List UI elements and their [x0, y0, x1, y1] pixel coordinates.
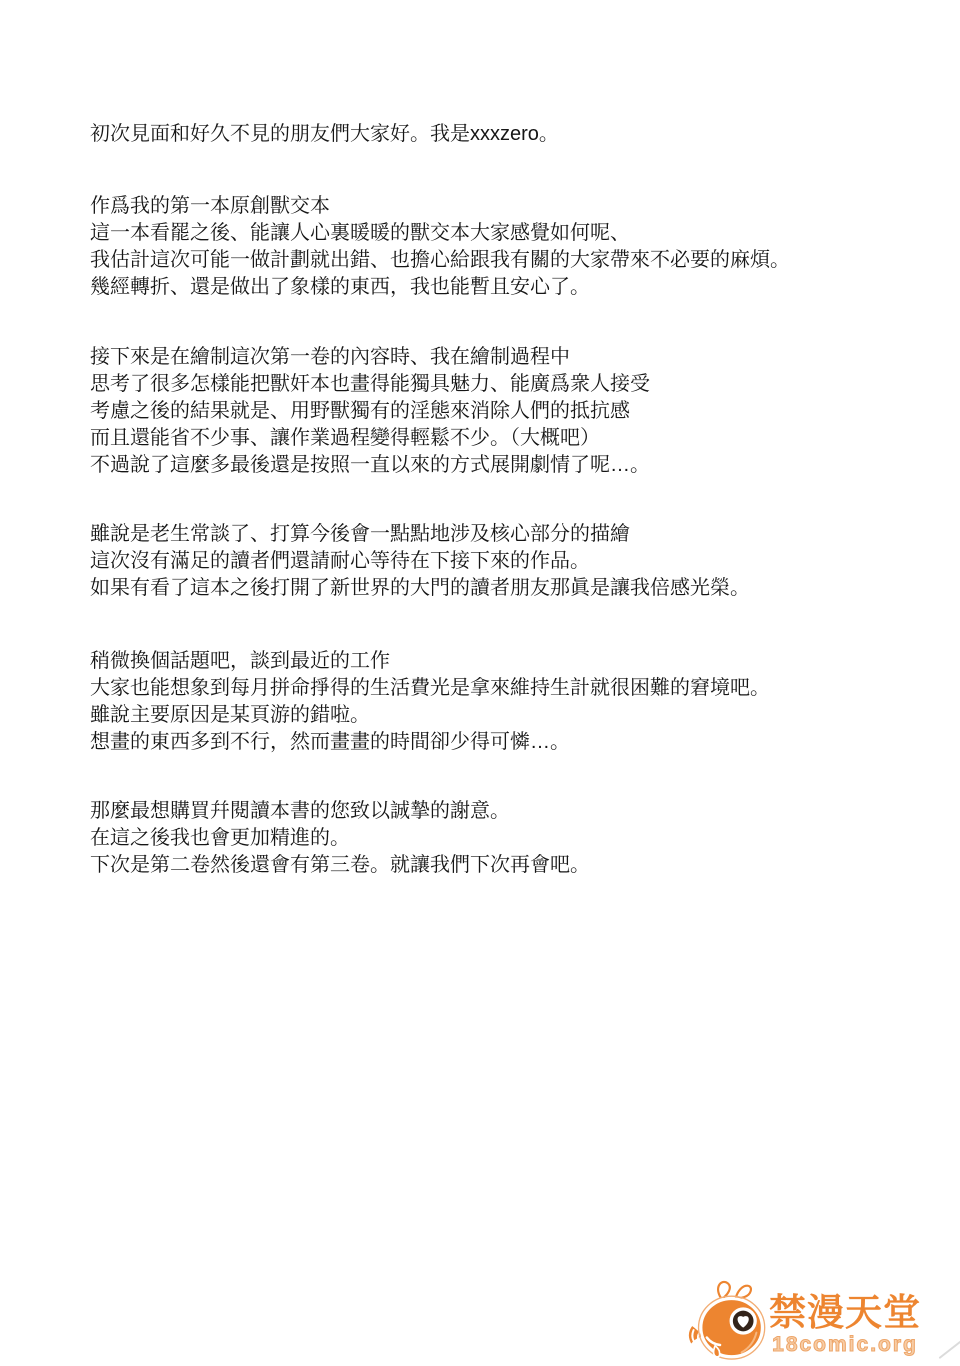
text-line: 雖說是老生常談了、打算今後會一點點地涉及核心部分的描繪: [90, 521, 750, 548]
paragraph-future-plans: 雖說是老生常談了、打算今後會一點點地涉及核心部分的描繪 這次沒有滿足的讀者們還請…: [90, 521, 750, 602]
site-url: 18comic.org: [772, 1334, 918, 1355]
text-line: 作爲我的第一本原創獸交本: [90, 193, 790, 220]
text-line: 這次沒有滿足的讀者們還請耐心等待在下接下來的作品。: [90, 548, 750, 575]
paragraph-thanks: 那麼最想購買幷閱讀本書的您致以誠摯的謝意。 在這之後我也會更加精進的。 下次是第…: [90, 798, 590, 879]
site-name: 禁漫天堂: [769, 1294, 921, 1331]
text-line: 考慮之後的結果就是、用野獸獨有的淫態來消除人們的抵抗感: [90, 398, 650, 425]
paragraph-drawing-process: 接下來是在繪制這次第一卷的內容時、我在繪制過程中 思考了很多怎樣能把獸奸本也畫得…: [90, 344, 650, 479]
paragraph-first-book: 作爲我的第一本原創獸交本 這一本看罷之後、能讓人心裏暖暖的獸交本大家感覺如何呢、…: [90, 193, 790, 301]
watermark-logo: 禁漫天堂 18comic.org: [683, 1278, 945, 1364]
paragraph-recent-work: 稍微換個話題吧，談到最近的工作 大家也能想象到每月拼命掙得的生活費光是拿來維持生…: [90, 648, 770, 756]
text-line: 想畫的東西多到不行，然而畫畫的時間卻少得可憐…。: [90, 729, 770, 756]
text-line: 如果有看了這本之後打開了新世界的大門的讀者朋友那眞是讓我倍感光榮。: [90, 575, 750, 602]
text-line: 初次見面和好久不見的朋友們大家好。我是xxxzero。: [90, 121, 559, 148]
text-line: 而且還能省不少事、讓作業過程變得輕鬆不少。（大概吧）: [90, 425, 650, 452]
text-line: 這一本看罷之後、能讓人心裏暖暖的獸交本大家感覺如何呢、: [90, 220, 790, 247]
text-line: 我估計這次可能一做計劃就出錯、也擔心給跟我有關的大家帶來不必要的麻煩。: [90, 247, 790, 274]
fish-mascot-icon: [683, 1278, 767, 1364]
text-line: 那麼最想購買幷閱讀本書的您致以誠摯的謝意。: [90, 798, 590, 825]
watermark-text: 禁漫天堂 18comic.org: [769, 1278, 921, 1355]
text-line: 下次是第二卷然後還會有第三卷。就讓我們下次再會吧。: [90, 852, 590, 879]
text-line: 思考了很多怎樣能把獸奸本也畫得能獨具魅力、能廣爲衆人接受: [90, 371, 650, 398]
text-line: 大家也能想象到每月拼命掙得的生活費光是拿來維持生計就很困難的窘境吧。: [90, 675, 770, 702]
afterword-page: 初次見面和好久不見的朋友們大家好。我是xxxzero。 作爲我的第一本原創獸交本…: [0, 0, 960, 1366]
text-line: 幾經轉折、還是做出了象樣的東西，我也能暫且安心了。: [90, 274, 790, 301]
text-line: 接下來是在繪制這次第一卷的內容時、我在繪制過程中: [90, 344, 650, 371]
text-line: 稍微換個話題吧，談到最近的工作: [90, 648, 770, 675]
text-line: 雖說主要原因是某頁游的錯啦。: [90, 702, 770, 729]
paragraph-greeting: 初次見面和好久不見的朋友們大家好。我是xxxzero。: [90, 121, 559, 148]
text-line: 在這之後我也會更加精進的。: [90, 825, 590, 852]
text-line: 不過說了這麼多最後還是按照一直以來的方式展開劇情了呢…。: [90, 452, 650, 479]
